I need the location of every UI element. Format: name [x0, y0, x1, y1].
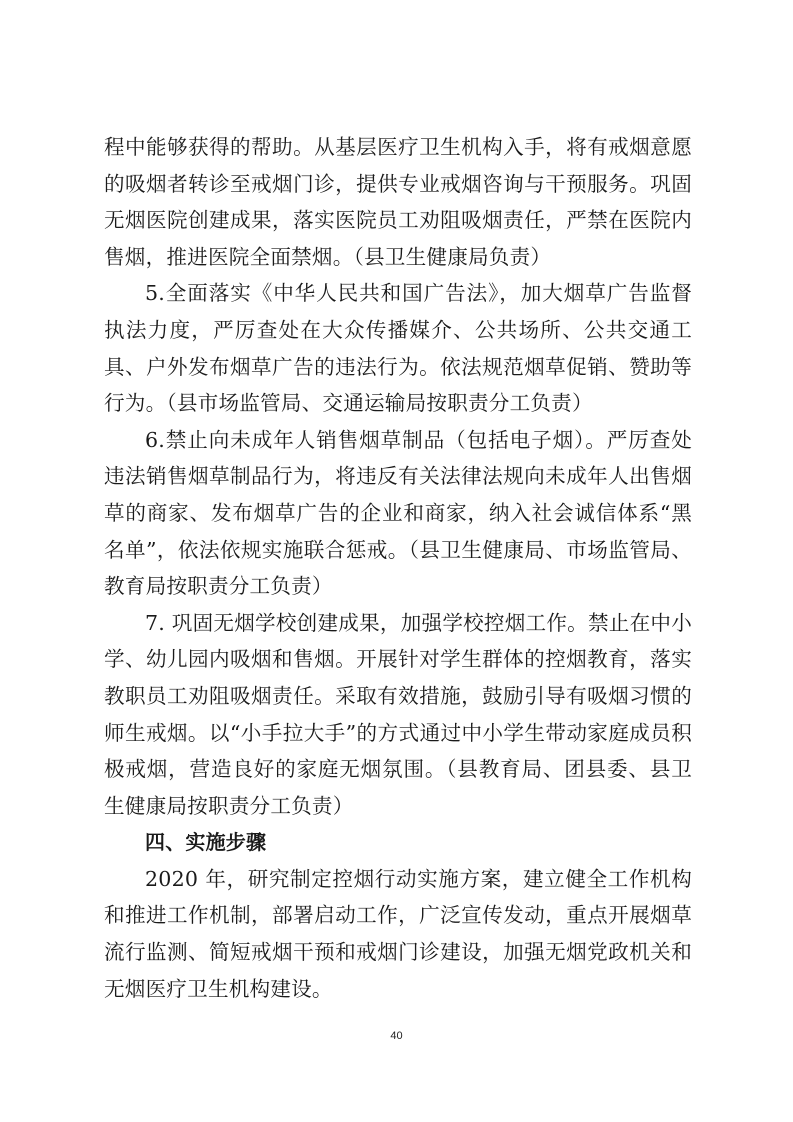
page-number: 40: [0, 1030, 793, 1042]
paragraph-continuation: 程中能够获得的帮助。从基层医疗卫生机构入手，将有戒烟意愿的吸烟者转诊至戒烟门诊，…: [104, 129, 692, 275]
paragraph-item-7: 7. 巩固无烟学校创建成果，加强学校控烟工作。禁止在中小学、幼儿园内吸烟和售烟。…: [104, 605, 692, 825]
page-body: 程中能够获得的帮助。从基层医疗卫生机构入手，将有戒烟意愿的吸烟者转诊至戒烟门诊，…: [104, 129, 692, 1007]
paragraph-item-6: 6.禁止向未成年人销售烟草制品（包括电子烟）。严厉查处违法销售烟草制品行为，将违…: [104, 422, 692, 605]
document-page: 程中能够获得的帮助。从基层医疗卫生机构入手，将有戒烟意愿的吸烟者转诊至戒烟门诊，…: [0, 0, 793, 1122]
paragraph-2020: 2020 年，研究制定控烟行动实施方案，建立健全工作机构和推进工作机制，部署启动…: [104, 861, 692, 1007]
section-heading-implementation-steps: 四、实施步骤: [104, 824, 692, 861]
paragraph-item-5: 5.全面落实《中华人民共和国广告法》，加大烟草广告监督执法力度，严厉查处在大众传…: [104, 275, 692, 421]
